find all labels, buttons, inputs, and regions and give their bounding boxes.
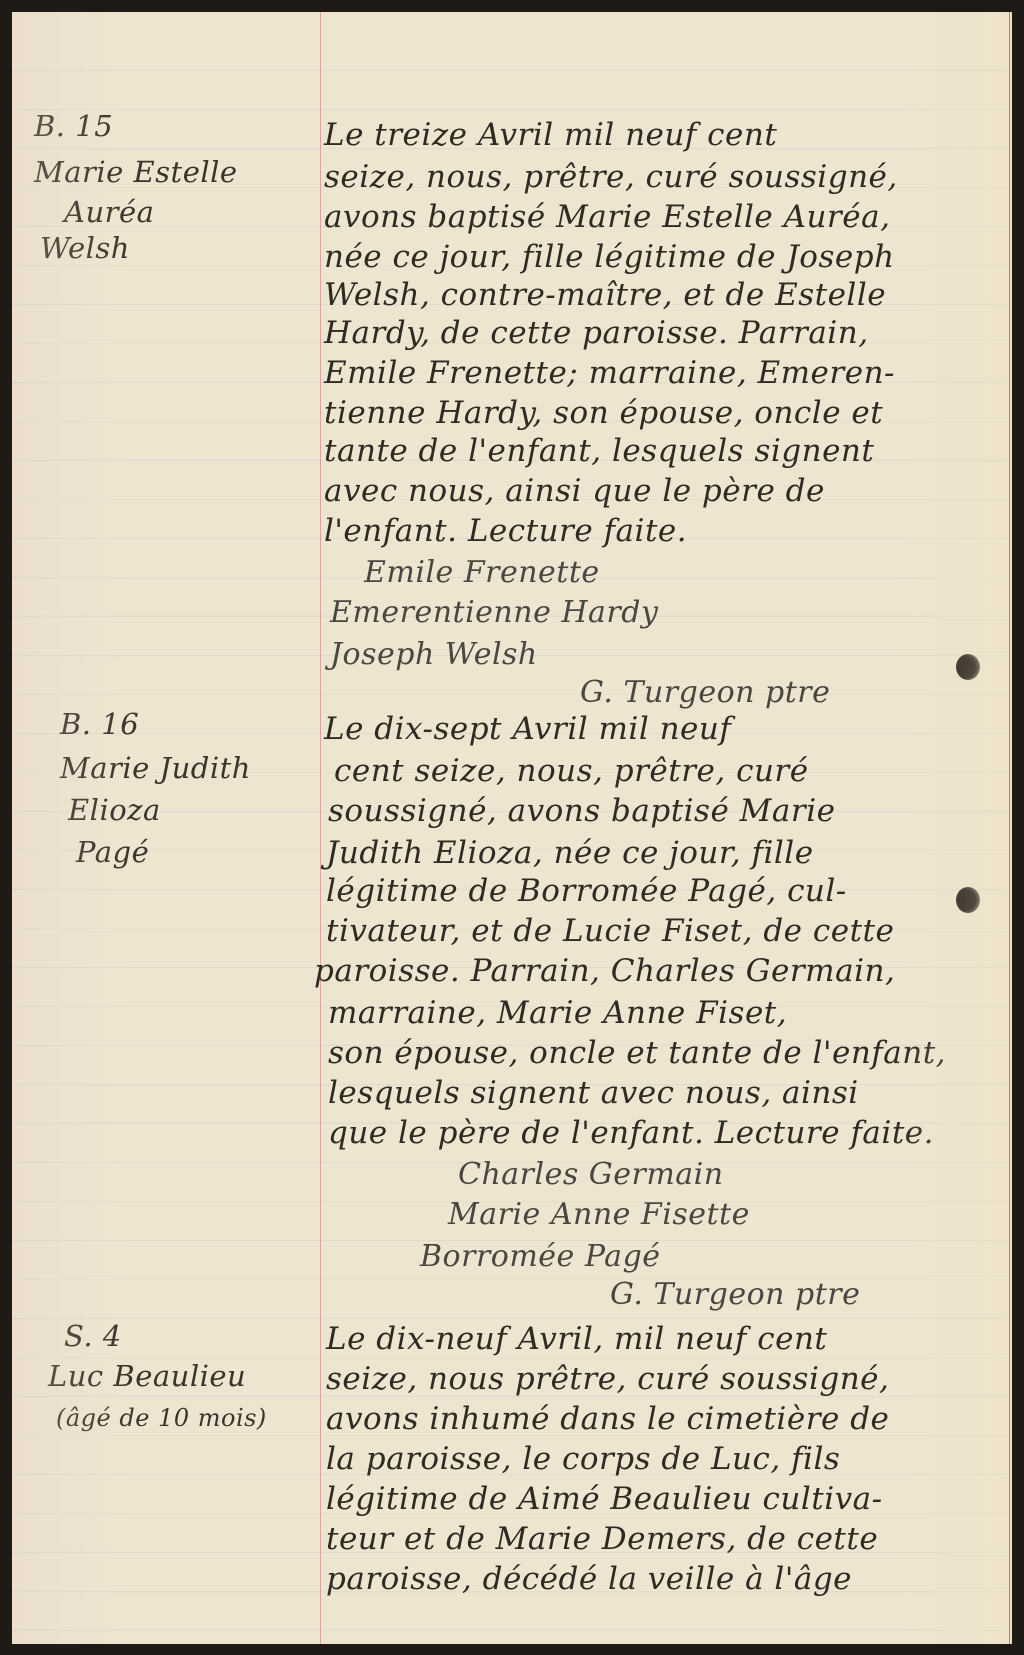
body-line: Judith Elioza, née ce jour, fille [326,838,814,869]
body-line: seize, nous, prêtre, curé soussigné, [324,162,898,193]
body-line: tante de l'enfant, lesquels signent [324,436,874,467]
body-line: soussigné, avons baptisé Marie [328,796,835,827]
body-line: Le treize Avril mil neuf cent [324,120,777,151]
entry-name-line: Auréa [64,198,154,227]
body-line: Emile Frenette; marraine, Emeren- [324,358,895,389]
body-line: que le père de l'enfant. Lecture faite. [328,1118,934,1149]
body-line: avons inhumé dans le cimetière de [326,1404,889,1435]
signature: Emerentienne Hardy [330,598,658,628]
body-line: Le dix-neuf Avril, mil neuf cent [326,1324,827,1355]
entry-code: B. 15 [34,112,113,141]
entry-name-line: Marie Judith [60,754,251,783]
body-line: paroisse, décédé la veille à l'âge [326,1564,852,1595]
body-line: Welsh, contre-maître, et de Estelle [324,280,886,311]
entry-name-line: Welsh [40,234,130,263]
body-line: l'enfant. Lecture faite. [324,516,687,547]
body-line: lesquels signent avec nous, ainsi [328,1078,859,1109]
signature: Emile Frenette [364,558,600,588]
body-line: légitime de Borromée Pagé, cul- [326,876,847,907]
body-line: née ce jour, fille légitime de Joseph [324,242,895,273]
margin-rule [320,12,321,1644]
signature: Borromée Pagé [420,1242,661,1272]
body-line: cent seize, nous, prêtre, curé [334,756,809,787]
body-line: la paroisse, le corps de Luc, fils [326,1444,840,1475]
officiant-signature: G. Turgeon ptre [580,678,830,708]
body-line: teur et de Marie Demers, de cette [326,1524,878,1555]
signature: Marie Anne Fisette [448,1200,750,1230]
binder-hole-icon [956,887,980,913]
body-line: légitime de Aimé Beaulieu cultiva- [326,1484,883,1515]
body-line: tienne Hardy, son épouse, oncle et [324,398,883,429]
register-page: B. 15 Marie Estelle Auréa Welsh Le treiz… [12,12,1012,1644]
body-line: paroisse. Parrain, Charles Germain, [314,956,895,987]
officiant-signature: G. Turgeon ptre [610,1280,860,1310]
entry-age-note: (âgé de 10 mois) [56,1406,267,1430]
body-line: Hardy, de cette paroisse. Parrain, [324,318,869,349]
body-line: seize, nous prêtre, curé soussigné, [326,1364,889,1395]
body-line: tivateur, et de Lucie Fiset, de cette [326,916,894,947]
entry-name-line: Elioza [68,796,161,825]
body-line: son épouse, oncle et tante de l'enfant, [328,1038,946,1069]
binder-hole-icon [956,654,980,680]
body-line: Le dix-sept Avril mil neuf [324,714,731,745]
entry-name-line: Marie Estelle [34,158,238,187]
page-edge-strip [1010,12,1012,1644]
body-line: avec nous, ainsi que le père de [324,476,825,507]
body-line: marraine, Marie Anne Fiset, [328,998,787,1029]
signature: Joseph Welsh [330,640,538,670]
entry-code: B. 16 [60,710,139,739]
entry-name-line: Luc Beaulieu [48,1362,246,1391]
body-line: avons baptisé Marie Estelle Auréa, [324,202,890,233]
entry-code: S. 4 [64,1322,122,1351]
signature: Charles Germain [458,1160,724,1190]
entry-name-line: Pagé [76,838,149,867]
